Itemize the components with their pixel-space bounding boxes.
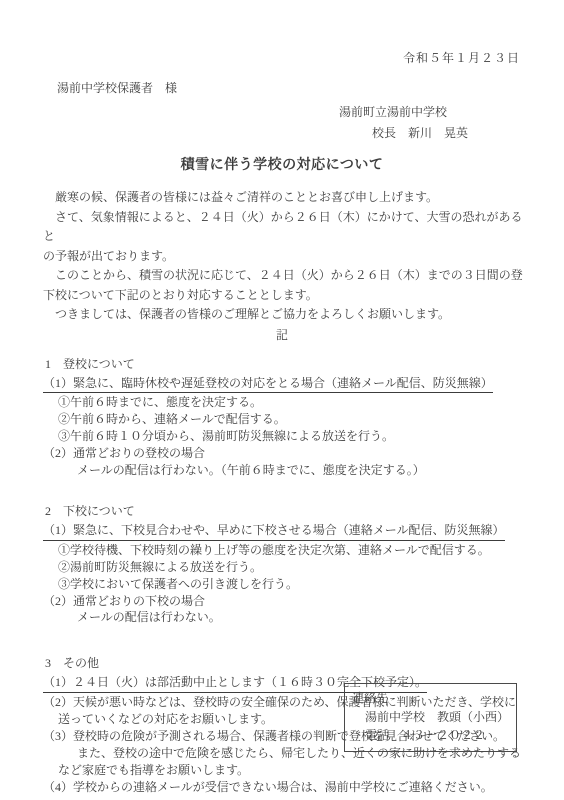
section-arrival-step-1: ①午前６時までに、態度を決定する。 bbox=[0, 394, 564, 411]
body-line: つきましては、保護者の皆様のご理解とご協力をよろしくお願いします。 bbox=[43, 305, 530, 325]
section-arrival: 1 登校について （1）緊急に、臨時休校や遅延登校の対応をとる場合（連絡メール配… bbox=[0, 356, 564, 479]
body-line: さて、気象情報によると、２４日（火）から２６日（木）にかけて、大雪の恐れがあると bbox=[43, 208, 530, 247]
sender-principal: 校長 新川 晃英 bbox=[0, 124, 564, 141]
contact-phone: 電話 ４３－２０２２ bbox=[352, 726, 510, 745]
section-dismissal-item-2-note: メールの配信は行わない。 bbox=[0, 609, 564, 626]
section-arrival-item-2-note: メールの配信は行わない。（午前６時までに、態度を決定する。） bbox=[0, 462, 564, 479]
section-arrival-step-2: ②午前６時から、連絡メールで配信する。 bbox=[0, 411, 564, 428]
section-other-heading: 3 その他 bbox=[0, 655, 564, 672]
sender-organization: 湯前町立湯前中学校 bbox=[0, 103, 564, 120]
addressee: 湯前中学校保護者 様 bbox=[0, 79, 564, 96]
underlined-text: （1）緊急に、下校見合わせや、早めに下校させる場合（連絡メール配信、防災無線） bbox=[43, 522, 505, 541]
contact-name: 湯前中学校 教頭（小西） bbox=[352, 708, 510, 727]
section-dismissal-heading: 2 下校について bbox=[0, 503, 564, 520]
section-other-item-3-cont2: など家庭でも指導をお願いします。 bbox=[0, 762, 564, 779]
section-dismissal: 2 下校について （1）緊急に、下校見合わせや、早めに下校させる場合（連絡メール… bbox=[0, 503, 564, 626]
section-dismissal-step-2: ②湯前町防災無線による放送を行う。 bbox=[0, 559, 564, 576]
document-page: 令和５年１月２３日 湯前中学校保護者 様 湯前町立湯前中学校 校長 新川 晃英 … bbox=[0, 0, 564, 800]
body-line: このことから、積雪の状況に応じて、２４日（火）から２６日（木）までの３日間の登 bbox=[43, 266, 530, 286]
body-paragraphs: 厳寒の候、保護者の皆様には益々ご清祥のこととお喜び申し上げます。 さて、気象情報… bbox=[0, 188, 564, 325]
section-dismissal-item-1: （1）緊急に、下校見合わせや、早めに下校させる場合（連絡メール配信、防災無線） bbox=[0, 522, 564, 541]
document-date: 令和５年１月２３日 bbox=[0, 0, 564, 66]
section-dismissal-item-2: （2）通常どおりの下校の場合 bbox=[0, 593, 564, 610]
section-arrival-step-3: ③午前６時１０分頃から、湯前町防災無線による放送を行う。 bbox=[0, 428, 564, 445]
section-dismissal-step-3: ③学校において保護者への引き渡しを行う。 bbox=[0, 576, 564, 593]
contact-label: 連絡先 bbox=[352, 689, 510, 708]
section-arrival-item-2: （2）通常どおりの登校の場合 bbox=[0, 445, 564, 462]
section-arrival-heading: 1 登校について bbox=[0, 356, 564, 373]
contact-box: 連絡先 湯前中学校 教頭（小西） 電話 ４３－２０２２ bbox=[344, 683, 517, 752]
body-line: 厳寒の候、保護者の皆様には益々ご清祥のこととお喜び申し上げます。 bbox=[43, 188, 530, 208]
section-other-item-4: （4）学校からの連絡メールが受信できない場合は、湯前中学校にご連絡ください。 bbox=[0, 779, 564, 796]
underlined-text: （1）緊急に、臨時休校や遅延登校の対応をとる場合（連絡メール配信、防災無線） bbox=[43, 375, 493, 394]
section-dismissal-step-1: ①学校待機、下校時刻の繰り上げ等の態度を決定次第、連絡メールで配信する。 bbox=[0, 542, 564, 559]
record-marker: 記 bbox=[0, 326, 564, 343]
body-line: の予報が出ております。 bbox=[43, 247, 530, 267]
document-title: 積雪に伴う学校の対応について bbox=[0, 154, 564, 174]
body-line: 下校について下記のとおり対応することとします。 bbox=[43, 286, 530, 306]
section-arrival-item-1: （1）緊急に、臨時休校や遅延登校の対応をとる場合（連絡メール配信、防災無線） bbox=[0, 375, 564, 394]
